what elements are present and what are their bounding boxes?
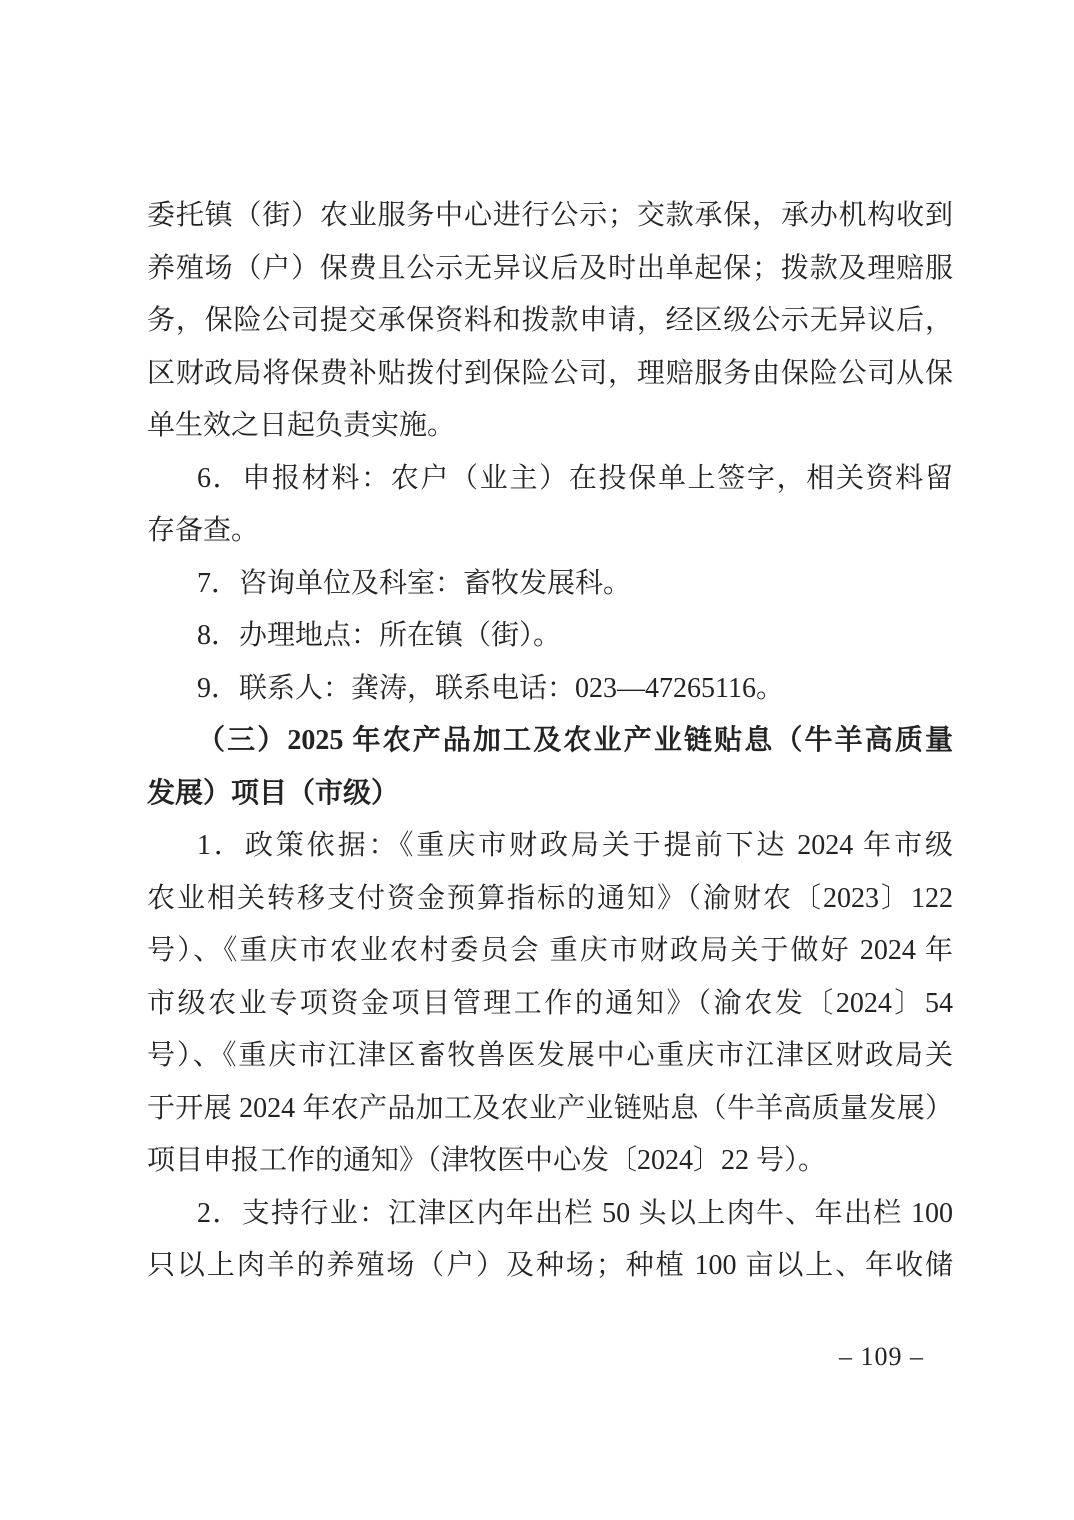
document-text-block: 委托镇（街）农业服务中心进行公示；交款承保，承办机构收到 养殖场（户）保费且公示… xyxy=(147,190,953,1293)
document-line: 9．联系人：龚涛，联系电话：023—47265116。 xyxy=(147,663,953,716)
document-line: 号）、《重庆市农业农村委员会 重庆市财政局关于做好 2024 年 xyxy=(147,925,953,978)
page-number: – 109 – xyxy=(839,1342,924,1372)
document-line: 存备查。 xyxy=(147,505,953,558)
document-line: 7．咨询单位及科室：畜牧发展科。 xyxy=(147,558,953,611)
document-line: 6．申报材料：农户（业主）在投保单上签字，相关资料留 xyxy=(147,453,953,506)
document-line: 只以上肉羊的养殖场（户）及种场；种植 100 亩以上、年收储 xyxy=(147,1240,953,1293)
section-heading-line: 发展）项目（市级） xyxy=(147,768,953,821)
document-line: 2．支持行业：江津区内年出栏 50 头以上肉牛、年出栏 100 xyxy=(147,1188,953,1241)
document-line: 号）、《重庆市江津区畜牧兽医发展中心重庆市江津区财政局关 xyxy=(147,1030,953,1083)
document-line: 于开展 2024 年农产品加工及农业产业链贴息（牛羊高质量发展） xyxy=(147,1083,953,1136)
document-page: 委托镇（街）农业服务中心进行公示；交款承保，承办机构收到 养殖场（户）保费且公示… xyxy=(0,0,1074,1520)
document-line: 委托镇（街）农业服务中心进行公示；交款承保，承办机构收到 xyxy=(147,190,953,243)
document-line: 1．政策依据：《重庆市财政局关于提前下达 2024 年市级 xyxy=(147,820,953,873)
section-heading-line: （三）2025 年农产品加工及农业产业链贴息（牛羊高质量 xyxy=(147,715,953,768)
document-line: 农业相关转移支付资金预算指标的通知》（渝财农〔2023〕122 xyxy=(147,873,953,926)
document-line: 单生效之日起负责实施。 xyxy=(147,400,953,453)
document-line: 区财政局将保费补贴拨付到保险公司，理赔服务由保险公司从保 xyxy=(147,348,953,401)
document-line: 项目申报工作的通知》（津牧医中心发〔2024〕22 号）。 xyxy=(147,1135,953,1188)
document-line: 务，保险公司提交承保资料和拨款申请，经区级公示无异议后， xyxy=(147,295,953,348)
document-line: 8．办理地点：所在镇（街）。 xyxy=(147,610,953,663)
document-line: 市级农业专项资金项目管理工作的通知》（渝农发〔2024〕54 xyxy=(147,978,953,1031)
document-line: 养殖场（户）保费且公示无异议后及时出单起保；拨款及理赔服 xyxy=(147,243,953,296)
